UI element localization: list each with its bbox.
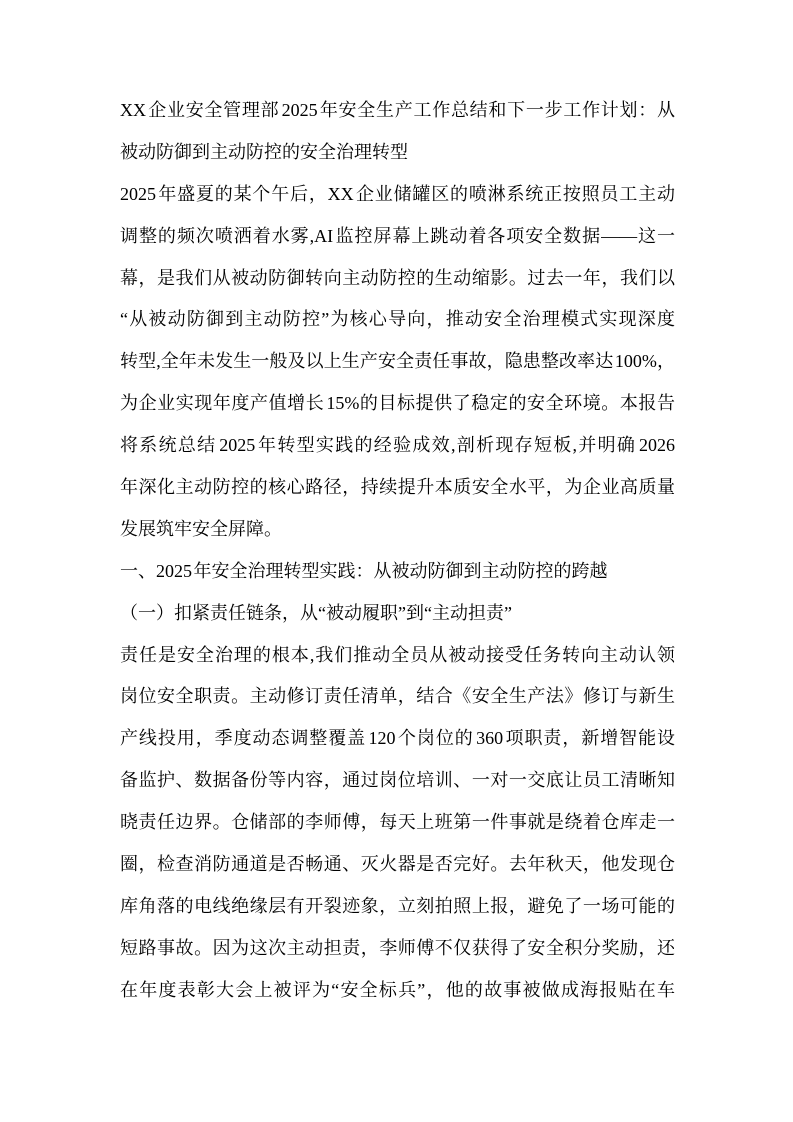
document-body: XX 企业安全管理部 2025 年安全生产工作总结和下一步工作计划：从 被动防御…	[120, 90, 675, 1012]
body-paragraph-line: 备监护、数据备份等内容，通过岗位培训、一对一交底让员工清晰知	[120, 760, 675, 802]
intro-paragraph-line: 发展筑牢安全屏障。	[120, 509, 675, 551]
intro-paragraph-line: 2025 年盛夏的某个午后，XX 企业储罐区的喷淋系统正按照员工主动	[120, 174, 675, 216]
intro-paragraph-line: 为企业实现年度产值增长 15%的目标提供了稳定的安全环境。本报告	[120, 383, 675, 425]
body-paragraph-line: 在年度表彰大会上被评为“安全标兵”，他的故事被做成海报贴在车	[120, 970, 675, 1012]
title-line-2: 被动防御到主动防控的安全治理转型	[120, 132, 675, 174]
body-paragraph-line: 岗位安全职责。主动修订责任清单，结合《安全生产法》修订与新生	[120, 676, 675, 718]
section-heading: 一、2025 年安全治理转型实践：从被动防御到主动防控的跨越	[120, 551, 675, 593]
subsection-heading: （一）扣紧责任链条，从“被动履职”到“主动担责”	[120, 593, 675, 635]
document-page: XX 企业安全管理部 2025 年安全生产工作总结和下一步工作计划：从 被动防御…	[0, 0, 793, 1122]
body-paragraph-line: 圈，检查消防通道是否畅通、灭火器是否完好。去年秋天，他发现仓	[120, 844, 675, 886]
body-paragraph-line: 产线投用，季度动态调整覆盖 120 个岗位的 360 项职责，新增智能设	[120, 718, 675, 760]
intro-paragraph-line: 年深化主动防控的核心路径，持续提升本质安全水平，为企业高质量	[120, 467, 675, 509]
intro-paragraph-line: 转型,全年未发生一般及以上生产安全责任事故，隐患整改率达 100%，	[120, 341, 675, 383]
body-paragraph-line: 责任是安全治理的根本,我们推动全员从被动接受任务转向主动认领	[120, 635, 675, 677]
intro-paragraph-line: 幕，是我们从被动防御转向主动防控的生动缩影。过去一年，我们以	[120, 258, 675, 300]
body-paragraph-line: 短路事故。因为这次主动担责，李师傅不仅获得了安全积分奖励，还	[120, 928, 675, 970]
body-paragraph-line: 库角落的电线绝缘层有开裂迹象，立刻拍照上报，避免了一场可能的	[120, 886, 675, 928]
intro-paragraph-line: 将系统总结 2025 年转型实践的经验成效,剖析现存短板,并明确 2026	[120, 425, 675, 467]
intro-paragraph-line: “从被动防御到主动防控”为核心导向，推动安全治理模式实现深度	[120, 299, 675, 341]
intro-paragraph-line: 调整的频次喷洒着水雾,AI 监控屏幕上跳动着各项安全数据——这一	[120, 216, 675, 258]
title-line-1: XX 企业安全管理部 2025 年安全生产工作总结和下一步工作计划：从	[120, 90, 675, 132]
body-paragraph-line: 晓责任边界。仓储部的李师傅，每天上班第一件事就是绕着仓库走一	[120, 802, 675, 844]
